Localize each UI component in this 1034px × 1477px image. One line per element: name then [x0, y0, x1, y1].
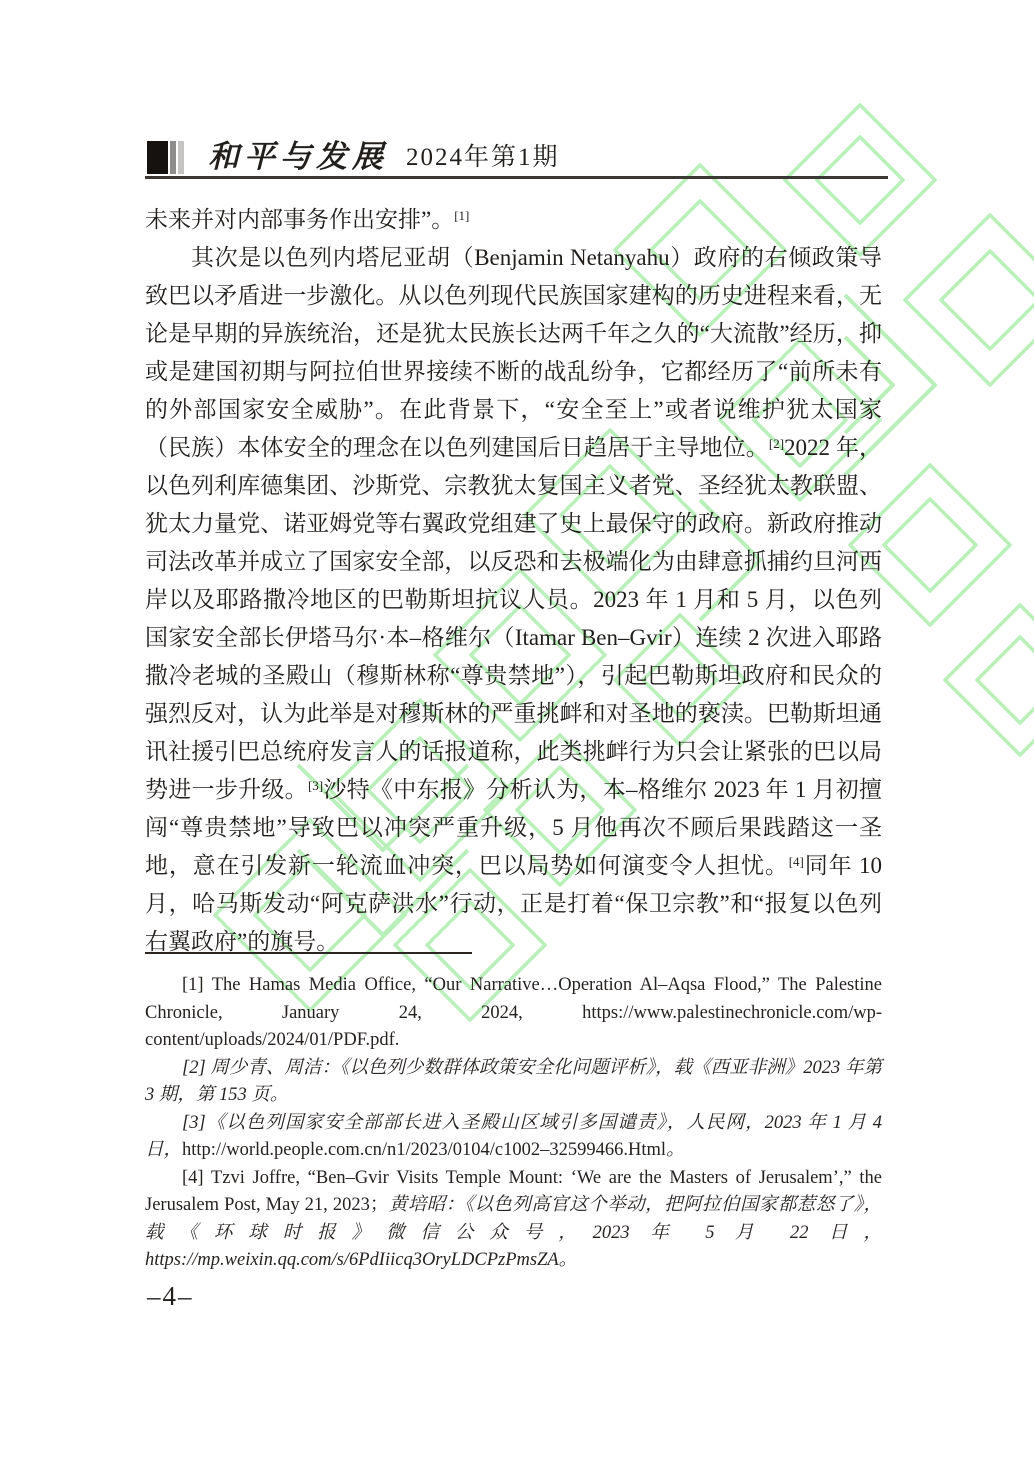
footnote-3: [3]《以色列国家安全部部长进入圣殿山区域引多国谴责》，人民网，2023 年 1…	[145, 1110, 882, 1165]
footnote-4: [4] Tzvi Joffre, “Ben–Gvir Visits Temple…	[145, 1165, 882, 1275]
header-rule	[145, 176, 888, 179]
paragraph-text: 其次是以色列内塔尼亚胡（Benjamin Netanyahu）政府的右倾政策导致…	[145, 245, 882, 460]
footnote-ref-3[interactable]: [3]	[308, 778, 323, 793]
footnote-text: [1] The Hamas Media Office, “Our Narrati…	[182, 975, 778, 995]
footnote-1: [1] The Hamas Media Office, “Our Narrati…	[145, 972, 882, 1055]
brand-bar-lightgray	[178, 141, 184, 174]
article-body: 未来并对内部事务作出安排”。[1] 其次是以色列内塔尼亚胡（Benjamin N…	[145, 201, 882, 961]
journal-page: 和平与发展 2024年第1期 未来并对内部事务作出安排”。[1] 其次是以色列内…	[0, 0, 1034, 1477]
journal-issue: 2024年第1期	[406, 142, 560, 174]
footnote-separator	[145, 952, 472, 954]
footnote-ref-2[interactable]: [2]	[769, 436, 784, 451]
footnote-text: , January 24, 2024, https://www.palestin…	[145, 1003, 882, 1051]
brand-bar-gray	[170, 141, 176, 174]
paragraph-text: 2022 年，以色列利库德集团、沙斯党、宗教犹太复国主义者党、圣经犹太教联盟、犹…	[145, 435, 882, 802]
footnote-text: [2] 周少青、周洁：《以色列少数群体政策安全化问题评析》，载《西亚非洲》202…	[145, 1058, 882, 1106]
footnote-text: , May 21, 2023；	[256, 1195, 388, 1215]
paragraph-continued: 未来并对内部事务作出安排”。[1]	[145, 201, 882, 239]
header-brand-bars-icon	[147, 140, 184, 174]
paragraph-text: 未来并对内部事务作出安排”。	[145, 207, 454, 232]
journal-header: 和平与发展 2024年第1期	[147, 140, 560, 174]
footnote-ref-4[interactable]: [4]	[789, 854, 804, 869]
footnote-text: [4] Tzvi Joffre, “Ben–Gvir Visits Temple…	[182, 1168, 859, 1188]
footnotes-section: [1] The Hamas Media Office, “Our Narrati…	[145, 972, 882, 1275]
footnote-ref-1[interactable]: [1]	[454, 208, 469, 223]
brand-bar-black	[147, 141, 168, 174]
journal-title: 和平与发展	[208, 140, 388, 174]
paragraph-2: 其次是以色列内塔尼亚胡（Benjamin Netanyahu）政府的右倾政策导致…	[145, 239, 882, 961]
footnote-url: http://world.people.com.cn/n1/2023/0104/…	[182, 1140, 666, 1160]
footnote-2: [2] 周少青、周洁：《以色列少数群体政策安全化问题评析》，载《西亚非洲》202…	[145, 1055, 882, 1110]
footnote-text: 。	[666, 1140, 685, 1160]
page-number: –4–	[147, 1281, 194, 1312]
